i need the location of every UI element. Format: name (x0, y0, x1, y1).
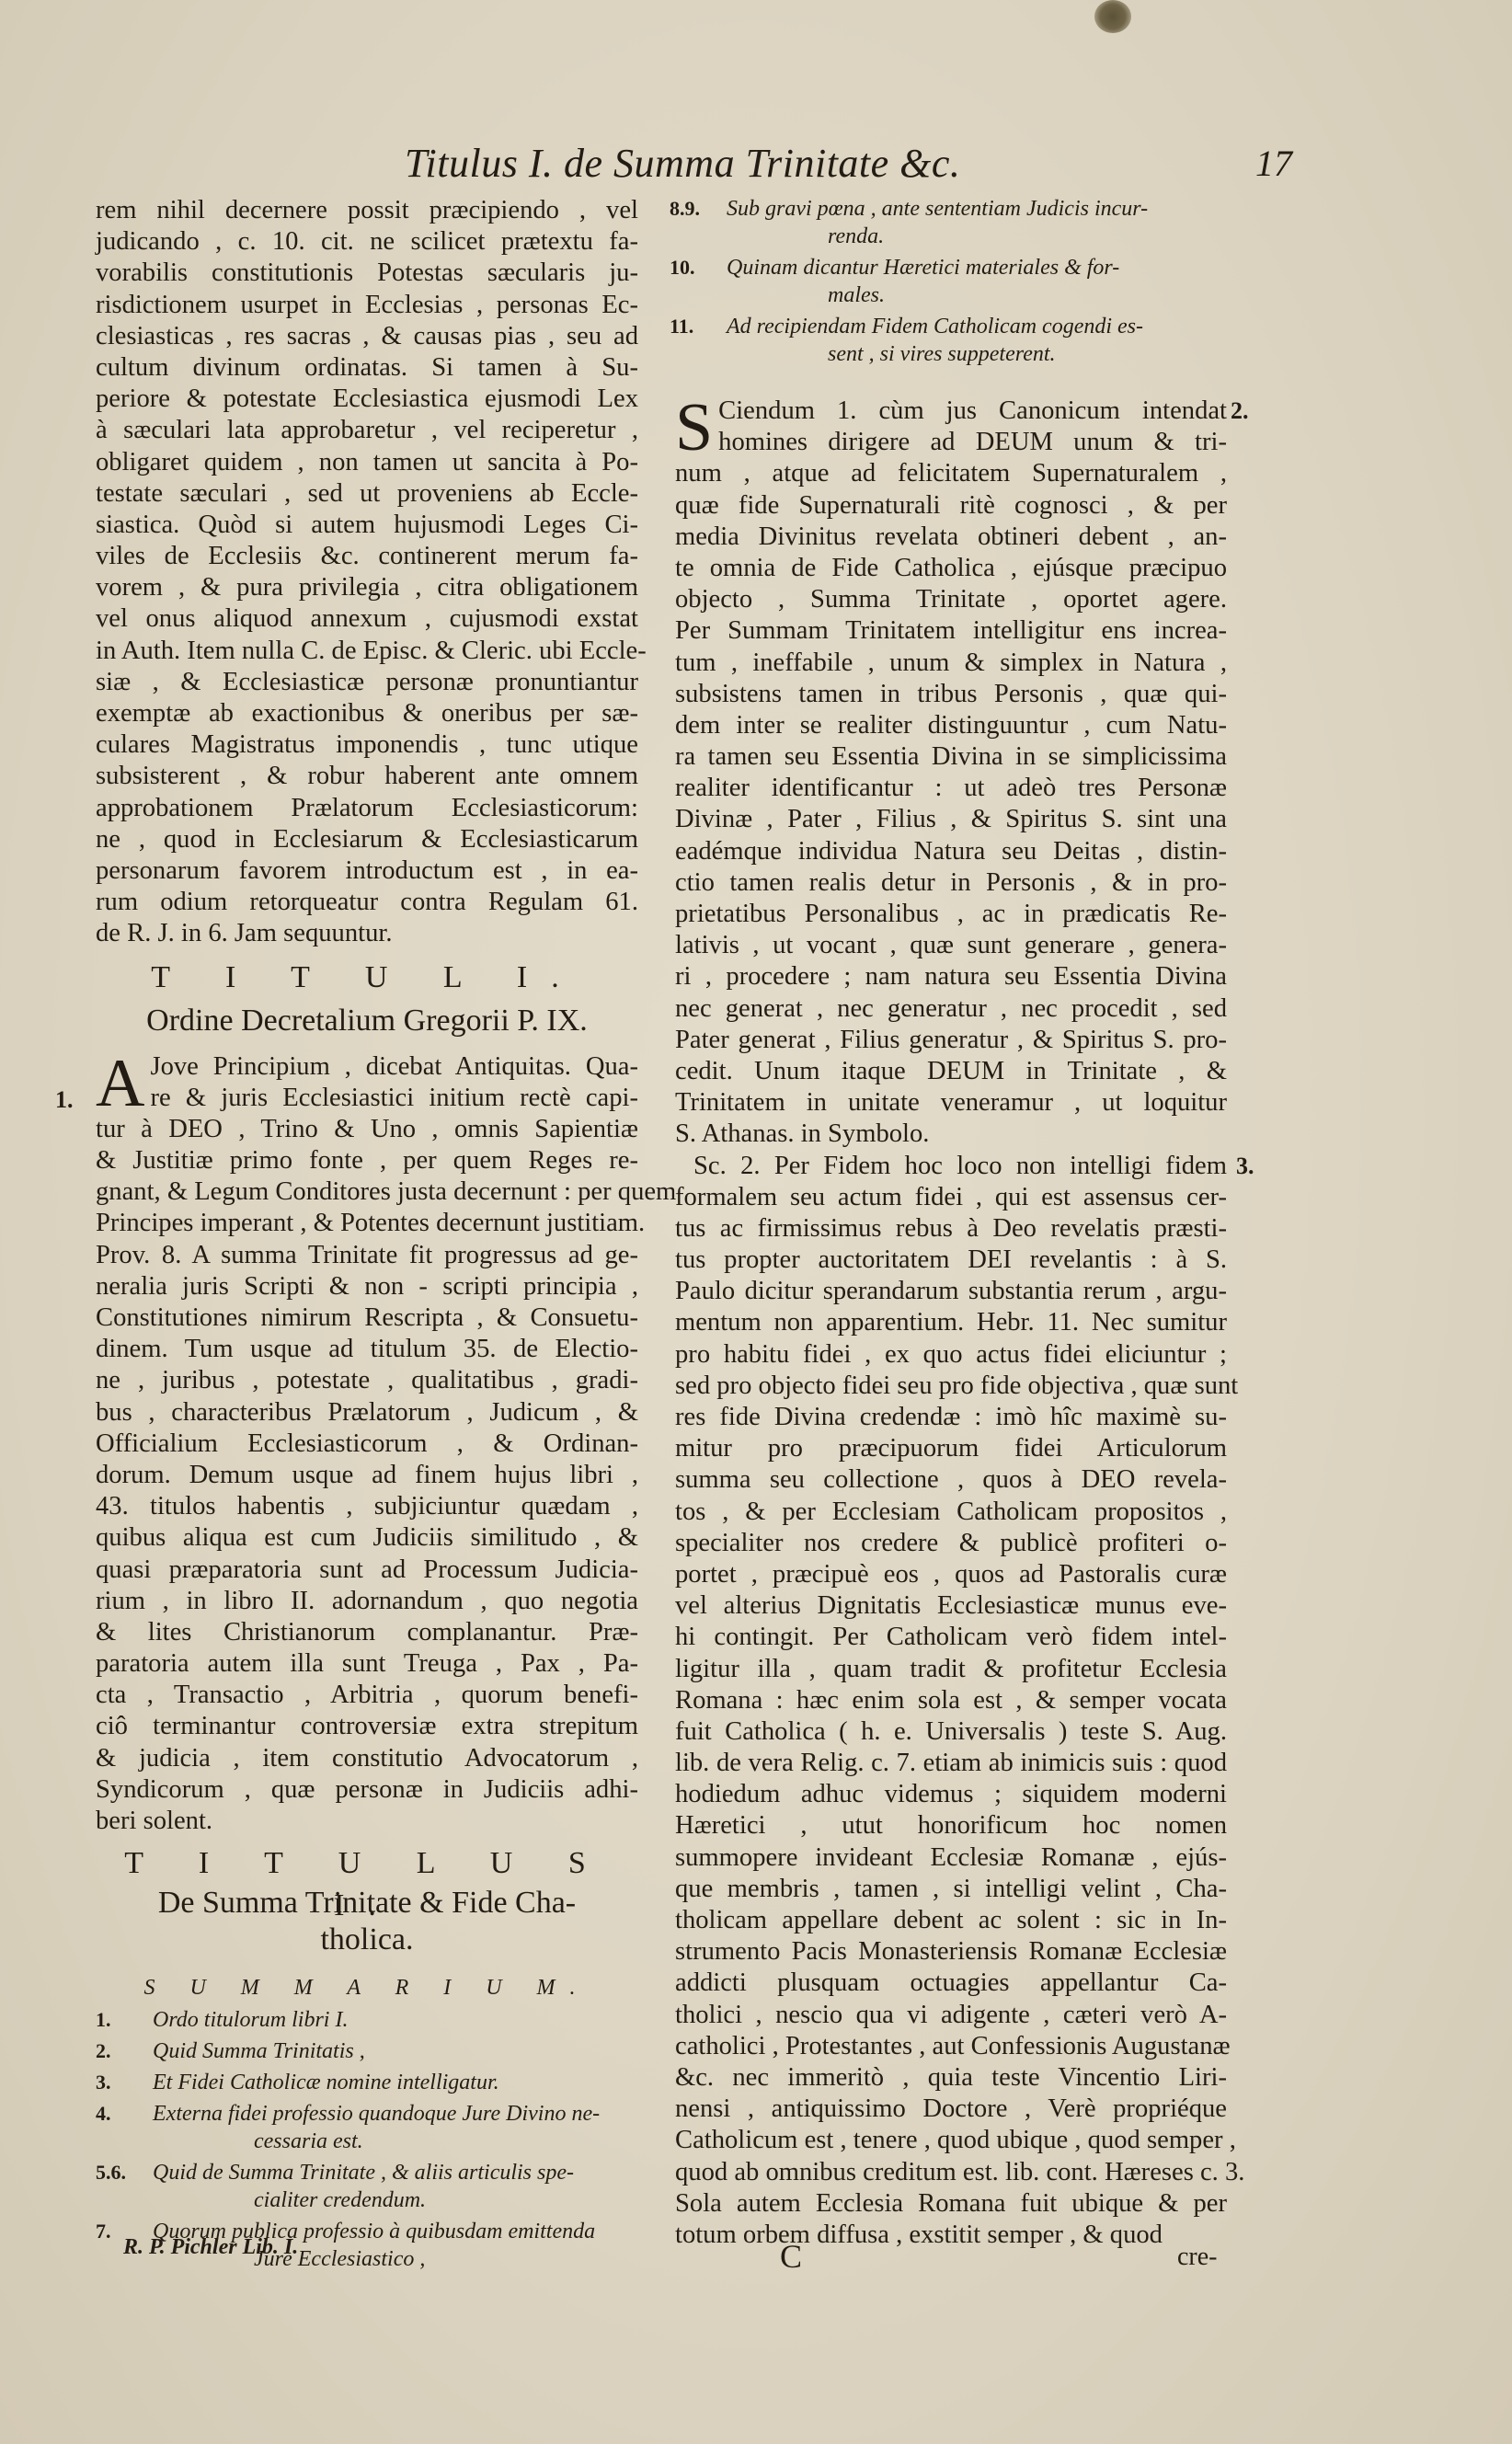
text-line: te omnia de Fide Catholica , ejúsque præ… (675, 553, 1227, 584)
text-line: vorabilis constitutionis Potestas sæcula… (96, 258, 638, 289)
text-line: ne , quod in Ecclesiarum & Ecclesiastica… (96, 824, 638, 855)
text-line: objecto , Summa Trinitate , oportet ager… (675, 584, 1227, 615)
text-line: rum odium retorqueatur contra Regulam 61… (96, 887, 638, 918)
text-line: Officialium Ecclesiasticorum , & Ordinan… (96, 1429, 638, 1460)
item-text: Externa fidei professio quandoque Jure D… (153, 2100, 638, 2128)
text-line: approbationem Prælatorum Ecclesiasticoru… (96, 793, 638, 824)
text-line: ra tamen seu Essentia Divina in se simpl… (675, 741, 1227, 773)
text-line: Romana : hæc enim sola est , & semper vo… (675, 1685, 1227, 1716)
text-line: tholicam appellare debent ac solent : si… (675, 1905, 1227, 1936)
summarium-heading: S U M M A R I U M. (96, 1969, 638, 2006)
item-text: Sub gravi pœna , ante sententiam Judicis… (727, 195, 1227, 223)
text-line: quod ab omnibus creditum est. lib. cont.… (675, 2157, 1227, 2188)
text-line: mitur pro præcipuorum fidei Articulorum (675, 1433, 1227, 1464)
text-line: vorem , & pura privilegia , citra obliga… (96, 572, 638, 603)
item-number: 2. (96, 2037, 153, 2065)
item-text: Quid de Summa Trinitate , & aliis articu… (153, 2159, 638, 2186)
text-line: re & juris Ecclesiastici initium rectè c… (96, 1083, 638, 1114)
text-line: nensi , antiquissimo Doctore , Verè prop… (675, 2094, 1227, 2125)
text-line: tum , ineffabile , unum & simplex in Nat… (675, 648, 1227, 679)
running-head: Titulus I. de Summa Trinitate &c. 17 (405, 140, 1292, 195)
text-line: Sc. 2. Per Fidem hoc loco non intelligi … (675, 1151, 1227, 1182)
text-line: dorum. Demum usque ad finem hujus libri … (96, 1460, 638, 1491)
right-column: 8.9.Sub gravi pœna , ante sententiam Jud… (675, 195, 1227, 2251)
ink-stain (1094, 0, 1131, 33)
text-line: summa seu collectione , quos à DEO revel… (675, 1464, 1227, 1496)
scientia-1: 2. S Ciendum 1. cùm jus Canonicum intend… (675, 396, 1227, 1151)
text-line: vel onus aliquod annexum , cujusmodi exs… (96, 603, 638, 635)
item-number: 1. (96, 2006, 153, 2034)
summarium-item: 1.Ordo titulorum libri I. (96, 2006, 638, 2034)
running-title: Titulus I. de Summa Trinitate &c. (405, 140, 960, 187)
text-line: obligaret quidem , non tamen ut sancita … (96, 447, 638, 478)
text-line: homines dirigere ad DEUM unum & tri- (675, 427, 1227, 458)
text-line: tus propter auctoritatem DEI revelantis … (675, 1245, 1227, 1276)
text-line: sed pro objecto fidei seu pro fide objec… (675, 1371, 1227, 1402)
margin-number: 3. (1236, 1151, 1254, 1182)
text-line: tos , & per Ecclesiam Catholicam proposi… (675, 1497, 1227, 1528)
item-number: 5.6. (96, 2159, 153, 2186)
text-line: Hæretici , utut honorificum hoc nomen (675, 1810, 1227, 1842)
text-line: beri solent. (96, 1806, 638, 1837)
text-line: subsistens tamen in tribus Personis , qu… (675, 679, 1227, 710)
text-line: tus ac firmissimus rebus à Deo revelatis… (675, 1213, 1227, 1245)
text-line: fuit Catholica ( h. e. Universalis ) tes… (675, 1716, 1227, 1748)
item-text-continued: cessaria est. (96, 2128, 638, 2155)
text-line: media Divinitus revelata obtineri debent… (675, 522, 1227, 553)
item-text: Ordo titulorum libri I. (153, 2006, 638, 2034)
text-line: periore & potestate Ecclesiastica ejusmo… (96, 384, 638, 415)
text-line: siastica. Quòd si autem hujusmodi Leges … (96, 510, 638, 541)
text-line: mentum non apparentium. Hebr. 11. Nec su… (675, 1307, 1227, 1338)
text-line: bus , characteribus Prælatorum , Judicum… (96, 1397, 638, 1429)
item-text: Et Fidei Catholicæ nomine intelligatur. (153, 2069, 638, 2096)
text-line: Paulo dicitur sperandarum substantia rer… (675, 1276, 1227, 1307)
summarium-item: 11.Ad recipiendam Fidem Catholicam cogen… (670, 313, 1227, 368)
text-line: pro habitu fidei , ex quo actus fidei el… (675, 1339, 1227, 1371)
text-line: gnant, & Legum Conditores justa decernun… (96, 1176, 638, 1208)
item-text-continued: males. (670, 281, 1227, 309)
text-line: 43. titulos habentis , subjiciuntur quæd… (96, 1491, 638, 1522)
text-line: prietatibus Personalibus , ac in prædica… (675, 899, 1227, 930)
text-line: Constitutiones nimirum Rescripta , & Con… (96, 1302, 638, 1334)
item-number: 4. (96, 2100, 153, 2128)
text-line: de R. J. in 6. Jam sequuntur. (96, 918, 638, 949)
text-line: que membris , tamen , si intelligi velin… (675, 1874, 1227, 1905)
heading-ordine: Ordine Decretalium Gregorii P. IX. (96, 998, 638, 1044)
text-line: addicti plusquam octuagies appellantur C… (675, 1968, 1227, 1999)
text-line: quibus aliqua est cum Judiciis similitud… (96, 1522, 638, 1554)
text-line: realiter identificantur : ut adeò tres P… (675, 773, 1227, 804)
text-line: nec generat , nec generatur , nec proced… (675, 993, 1227, 1025)
text-line: testate sæculari , sed ut proveniens ab … (96, 478, 638, 510)
text-line: formalem seu actum fidei , qui est assen… (675, 1182, 1227, 1213)
page-number: 17 (1255, 142, 1292, 185)
text-line: specialiter nos credere & publicè profit… (675, 1528, 1227, 1559)
margin-number: 2. (1231, 396, 1249, 427)
text-line: lib. de vera Relig. c. 7. etiam ab inimi… (675, 1748, 1227, 1779)
text-line: dinem. Tum usque ad titulum 35. de Elect… (96, 1334, 638, 1365)
left-column: rem nihil decernere possit præcipiendo ,… (96, 195, 638, 2277)
text-line: ri , procedere ; nam natura seu Essentia… (675, 961, 1227, 993)
catchword: cre- (1177, 2243, 1218, 2272)
item-number: 11. (670, 313, 727, 340)
text-line: tur à DEO , Trino & Uno , omnis Sapienti… (96, 1114, 638, 1145)
text-line: ciô terminantur controversiæ extra strep… (96, 1711, 638, 1742)
item-text-continued: sent , si vires suppeterent. (670, 340, 1227, 368)
text-line: Catholicum est , tenere , quod ubique , … (675, 2125, 1227, 2156)
text-line: lativis , ut vocant , quæ sunt generare … (675, 930, 1227, 961)
text-line: paratoria autem illa sunt Treuga , Pax ,… (96, 1648, 638, 1680)
text-line: ligitur illa , quam tradit & profitetur … (675, 1654, 1227, 1685)
text-line: quæ fide Supernaturali ritè cognosci , &… (675, 490, 1227, 522)
heading-de-summa: De Summa Trinitate & Fide Cha- (96, 1885, 638, 1922)
text-line: Divinæ , Pater , Filius , & Spiritus S. … (675, 804, 1227, 835)
text-line: ne , juribus , potestate , qualitatibus … (96, 1365, 638, 1396)
text-line: hodiedum adhuc videmus ; siquidem modern… (675, 1779, 1227, 1810)
text-line: hi contingit. Per Catholicam verò fidem … (675, 1622, 1227, 1653)
text-line: summopere invideant Ecclesiæ Romanæ , ej… (675, 1842, 1227, 1874)
summarium-item: 4.Externa fidei professio quandoque Jure… (96, 2100, 638, 2155)
summarium-item: 10.Quinam dicantur Hæretici materiales &… (670, 254, 1227, 309)
text-line: Sola autem Ecclesia Romana fuit ubique &… (675, 2188, 1227, 2220)
text-line: cta , Transactio , Arbitria , quorum ben… (96, 1680, 638, 1711)
drop-cap: A (96, 1055, 144, 1112)
text-line: Pater generat , Filius generatur , & Spi… (675, 1025, 1227, 1056)
summarium-item: 3.Et Fidei Catholicæ nomine intelligatur… (96, 2069, 638, 2096)
text-line: dem inter se realiter distinguuntur , cu… (675, 710, 1227, 741)
heading-titulus: T I T U L U S I. (96, 1842, 638, 1885)
summarium-list-continued: 8.9.Sub gravi pœna , ante sententiam Jud… (670, 195, 1227, 368)
text-line: Jove Principium , dicebat Antiquitas. Qu… (96, 1051, 638, 1083)
summarium-item: 5.6.Quid de Summa Trinitate , & aliis ar… (96, 2159, 638, 2214)
text-line: res fide Divina credendæ : imò hîc maxim… (675, 1402, 1227, 1433)
text-line: exemptæ ab exactionibus & oneribus per s… (96, 698, 638, 729)
summarium-item: 8.9.Sub gravi pœna , ante sententiam Jud… (670, 195, 1227, 250)
text-line: & Justitiæ primo fonte , per quem Reges … (96, 1145, 638, 1176)
text-line: Prov. 8. A summa Trinitate fit progressu… (96, 1240, 638, 1271)
text-line: à sæculari lata approbaretur , vel recip… (96, 415, 638, 446)
drop-cap: S (675, 399, 713, 456)
text-line: totum orbem diffusa , exstitit semper , … (675, 2220, 1227, 2251)
item-number: 10. (670, 254, 727, 281)
text-line: cedit. Unum itaque DEUM in Trinitate , & (675, 1056, 1227, 1087)
text-line: subsisterent , & robur haberent ante omn… (96, 761, 638, 792)
margin-number: 1. (55, 1084, 74, 1116)
scientia-2: 3. Sc. 2. Per Fidem hoc loco non intelli… (675, 1151, 1227, 2252)
text-line: portet , præcipuè eos , quos ad Pastoral… (675, 1559, 1227, 1590)
text-line: vel alterius Dignitatis Ecclesiasticæ mu… (675, 1590, 1227, 1622)
text-line: cultum divinum ordinatas. Si tamen à Su- (96, 352, 638, 384)
text-line: quasi præparatoria sunt ad Processum Jud… (96, 1555, 638, 1586)
text-line: Ciendum 1. cùm jus Canonicum intendat (675, 396, 1227, 427)
text-line: risdictionem usurpet in Ecclesias , pers… (96, 290, 638, 321)
heading-tituli: T I T U L I. (96, 958, 638, 998)
text-line: S. Athanas. in Symbolo. (675, 1119, 1227, 1150)
paragraph-1: 1. A Jove Principium , dicebat Antiquita… (96, 1051, 638, 1838)
item-text: Ad recipiendam Fidem Catholicam cogendi … (727, 313, 1227, 340)
text-line: viles de Ecclesiis &c. continerent merum… (96, 541, 638, 572)
text-line: in Auth. Item nulla C. de Episc. & Cleri… (96, 636, 638, 667)
text-line: num , atque ad felicitatem Supernaturale… (675, 458, 1227, 489)
signature-mark: C (780, 2237, 802, 2276)
footer-note: R. P. Pichler Lib. I. (123, 2235, 298, 2260)
text-line: Principes imperant , & Potentes decernun… (96, 1208, 638, 1239)
text-line: ctio tamen realis detur in Personis , & … (675, 867, 1227, 899)
item-text: Quid Summa Trinitatis , (153, 2037, 638, 2065)
item-number: 3. (96, 2069, 153, 2096)
item-text-continued: cialiter credendum. (96, 2186, 638, 2214)
text-line: Per Summam Trinitatem intelligitur ens i… (675, 615, 1227, 647)
text-line: culares Magistratus imponendis , tunc ut… (96, 729, 638, 761)
text-line: clesiasticas , res sacras , & causas pia… (96, 321, 638, 352)
text-line: personarum favorem introductum est , in … (96, 855, 638, 887)
text-line: eadémque individua Natura seu Deitas , d… (675, 836, 1227, 867)
summarium-list: 1.Ordo titulorum libri I.2.Quid Summa Tr… (96, 2006, 638, 2273)
text-line: & lites Christianorum complanantur. Præ- (96, 1617, 638, 1648)
text-line: &c. nec immeritò , quia teste Vincentio … (675, 2062, 1227, 2094)
text-line: Syndicorum , quæ personæ in Judiciis adh… (96, 1774, 638, 1806)
item-text-continued: renda. (670, 223, 1227, 250)
item-number: 8.9. (670, 195, 727, 223)
summarium-item: 2.Quid Summa Trinitatis , (96, 2037, 638, 2065)
text-line: catholici , Protestantes , aut Confessio… (675, 2031, 1227, 2062)
text-line: & judicia , item constitutio Advocatorum… (96, 1743, 638, 1774)
text-line: judicando , c. 10. cit. ne scilicet præt… (96, 226, 638, 258)
text-line: Trinitatem in unitate veneramur , ut loq… (675, 1087, 1227, 1119)
text-line: neralia juris Scripti & non - scripti pr… (96, 1271, 638, 1302)
text-line: strumento Pacis Monasteriensis Romanæ Ec… (675, 1936, 1227, 1968)
text-line: tholici , nescio qua vi adigente , cæter… (675, 2000, 1227, 2031)
intro-paragraph: rem nihil decernere possit præcipiendo ,… (96, 195, 638, 950)
item-text: Quinam dicantur Hæretici materiales & fo… (727, 254, 1227, 281)
heading-de-summa-cont: tholica. (96, 1922, 638, 1958)
text-line: rium , in libro II. adornandum , quo neg… (96, 1586, 638, 1617)
text-line: rem nihil decernere possit præcipiendo ,… (96, 195, 638, 226)
text-line: siæ , & Ecclesiasticæ personæ pronuntian… (96, 667, 638, 698)
